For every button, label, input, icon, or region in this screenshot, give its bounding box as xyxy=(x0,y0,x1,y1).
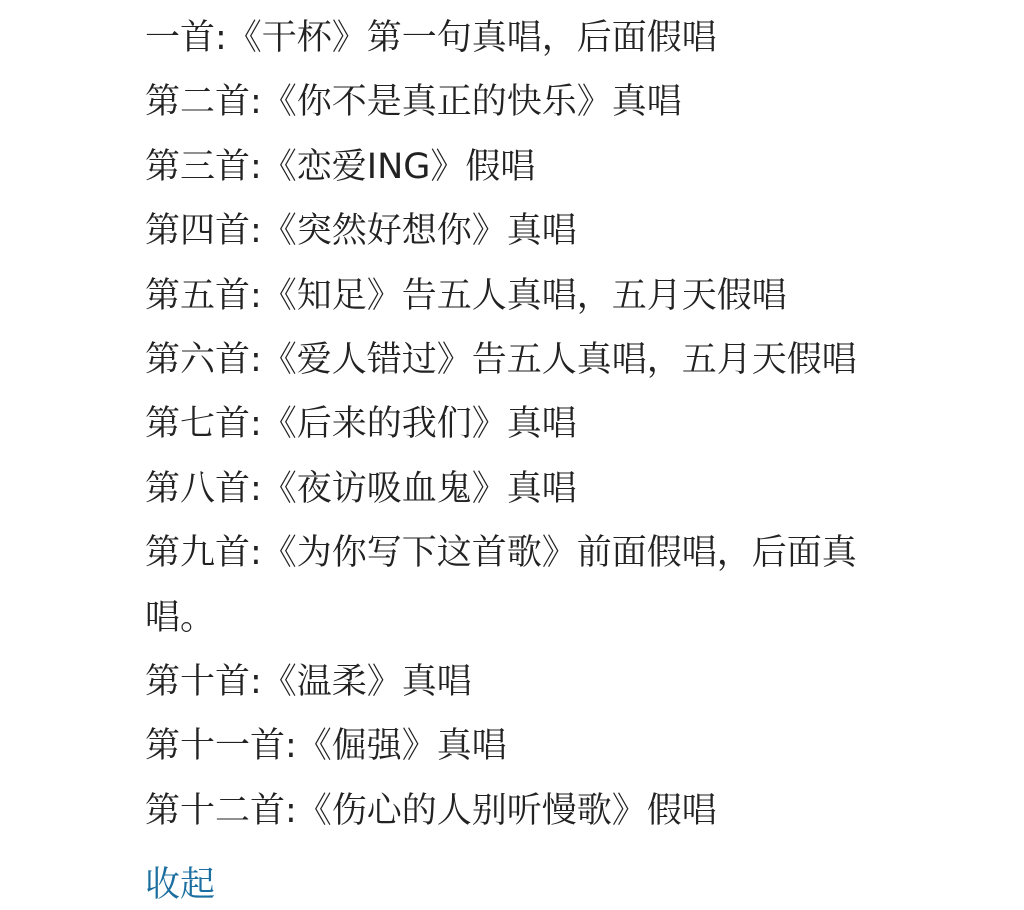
song-line-11: 第十一首:《倔强》真唱 xyxy=(145,714,925,778)
song-line-12: 第十二首:《伤心的人别听慢歌》假唱 xyxy=(145,779,925,843)
song-line-8: 第八首:《夜访吸血鬼》真唱 xyxy=(145,457,925,521)
song-line-6: 第六首:《爱人错过》告五人真唱，五月天假唱 xyxy=(145,328,925,392)
song-list: 一首:《干杯》第一句真唱，后面假唱 第二首:《你不是真正的快乐》真唱 第三首:《… xyxy=(145,6,925,843)
song-line-1: 一首:《干杯》第一句真唱，后面假唱 xyxy=(145,6,925,70)
song-line-10: 第十首:《温柔》真唱 xyxy=(145,650,925,714)
song-line-2: 第二首:《你不是真正的快乐》真唱 xyxy=(145,70,925,134)
collapse-link[interactable]: 收起 xyxy=(145,860,215,887)
song-line-3: 第三首:《恋爱ING》假唱 xyxy=(145,135,925,199)
song-line-4: 第四首:《突然好想你》真唱 xyxy=(145,199,925,263)
song-line-9: 第九首:《为你写下这首歌》前面假唱，后面真唱。 xyxy=(145,521,915,650)
song-line-5: 第五首:《知足》告五人真唱，五月天假唱 xyxy=(145,264,925,328)
song-line-7: 第七首:《后来的我们》真唱 xyxy=(145,392,925,456)
